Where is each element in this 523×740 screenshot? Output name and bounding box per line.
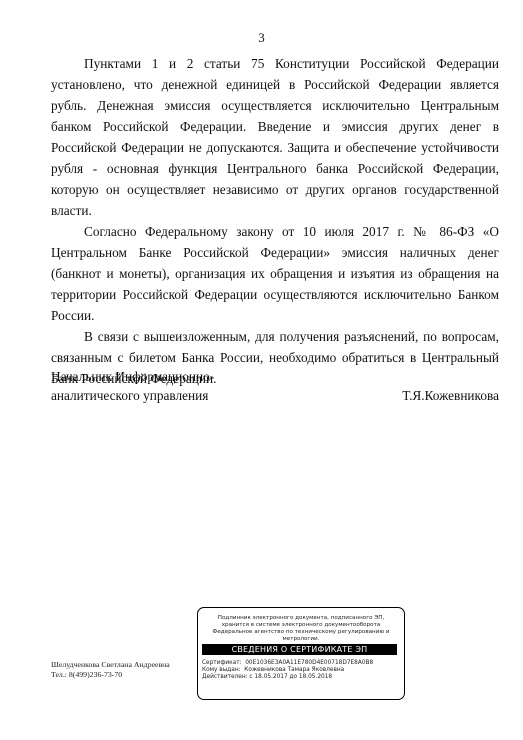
signatory-position-line1: Начальник Информационно-	[51, 367, 499, 386]
paragraph-constitution: Пунктами 1 и 2 статьи 75 Конституции Рос…	[51, 53, 499, 221]
certificate-number-row: Сертификат: 00E1036E3A0A11E780D4E00718D7…	[202, 660, 404, 667]
signatory-name: Т.Я.Кожевникова	[402, 386, 499, 405]
certificate-value: 00E1036E3A0A11E780D4E00718D7E8A0B8	[245, 660, 373, 666]
executor-info: Шелудченкова Светлана Андреевна Тел.: 8(…	[51, 660, 170, 680]
paragraph-federal-law: Согласно Федеральному закону от 10 июля …	[51, 221, 499, 326]
certificate-details: Сертификат: 00E1036E3A0A11E780D4E00718D7…	[198, 655, 404, 682]
signature-block: Начальник Информационно- аналитического …	[51, 367, 499, 405]
validity-label: Действителен:	[202, 674, 248, 681]
certificate-intro: Подлинник электронного документа, подпис…	[198, 608, 404, 643]
issued-to-value: Кожевникова Тамара Яковлевна	[244, 667, 344, 673]
validity-row: Действителен: с 18.05.2017 до 18.05.2018	[202, 674, 404, 681]
validity-value: с 18.05.2017 до 18.05.2018	[249, 674, 332, 680]
certificate-header: СВЕДЕНИЯ О СЕРТИФИКАТЕ ЭП	[202, 644, 397, 655]
electronic-signature-stamp: Подлинник электронного документа, подпис…	[197, 607, 405, 700]
executor-phone: Тел.: 8(499)236-73-70	[51, 670, 170, 680]
certificate-label: Сертификат:	[202, 660, 242, 667]
page-number: 3	[0, 30, 523, 46]
executor-name: Шелудченкова Светлана Андреевна	[51, 660, 170, 670]
letter-body: Пунктами 1 и 2 статьи 75 Конституции Рос…	[51, 53, 499, 389]
